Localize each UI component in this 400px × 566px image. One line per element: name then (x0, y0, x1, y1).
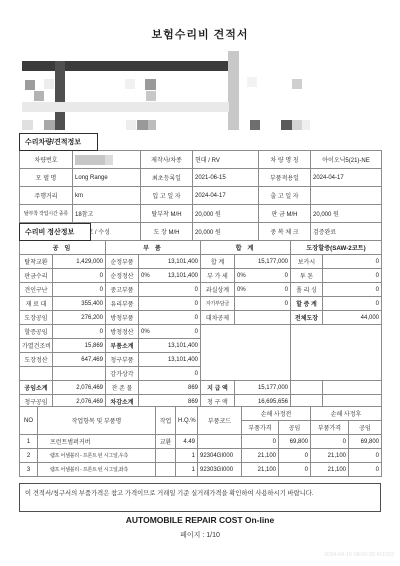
column-header: 부품가격 (242, 421, 279, 435)
redacted-block (146, 91, 156, 101)
value-cell: 20,000 원 (193, 205, 259, 223)
label-cell: 입 고 일 자 (141, 187, 193, 205)
column-header: 손해 사정전 (242, 407, 311, 421)
label-cell: 탈부착 작업시간 종류 (20, 205, 73, 223)
amount: 0 (195, 329, 198, 335)
amount-cell: 0 (139, 283, 201, 297)
amount-cell: 0%0 (235, 283, 291, 297)
amount-cell: 15,177,000 (235, 381, 291, 395)
amount-cell (323, 381, 382, 395)
hq-cell: 4.49 (176, 435, 198, 449)
column-header: 부품코드 (198, 407, 242, 435)
amount-cell: 21,100 (242, 463, 279, 477)
amount-cell: 69,800 (279, 435, 311, 449)
amount: 13,101,400 (168, 343, 198, 349)
amount-cell (235, 311, 291, 325)
table-row: 탈부착 작업시간 종류 18참고 탈부착 M/H 20,000 원 판 금 M/… (20, 205, 382, 223)
amount: 0 (285, 301, 288, 307)
amount-cell: 15,869 (53, 339, 106, 353)
part-code: 92304GI000 (198, 449, 242, 463)
amount-cell: 21,100 (242, 449, 279, 463)
row-number: 1 (20, 435, 38, 449)
label-cell: 도장정산 (20, 353, 53, 367)
amount-cell: 0%0 (139, 325, 201, 339)
redacted-block (44, 120, 55, 130)
percent: 0% (237, 273, 246, 279)
amount-cell: 869 (139, 381, 201, 395)
item-name: 램프 어셈블리 - 프론트 턴 시그널,좌측 (38, 463, 156, 477)
row-number: 2 (20, 449, 38, 463)
label-cell: 합 계 (201, 255, 235, 269)
redacted-block (137, 120, 148, 130)
value-cell: km (73, 187, 141, 205)
footer-page-number: 페이지 : 1/10 (0, 530, 400, 540)
column-header: 공임 (349, 421, 382, 435)
table-row: 견인구난 0 중고부품 0 과실상계 0%0 폴 리 싱 0 (20, 283, 382, 297)
value-cell: 2024-04-17 (311, 169, 382, 187)
redacted-block (292, 120, 302, 130)
redacted-column (55, 61, 65, 130)
table-row: 모 델 명 Long Range 최초등록일 2021-06-15 부품적용일 … (20, 169, 382, 187)
label-cell: 차 량 명 칭 (259, 151, 311, 169)
label-cell: 제작사/차종 (141, 151, 193, 169)
column-header: H.Q.% (176, 407, 198, 435)
value-cell (73, 151, 141, 169)
value-cell: 2024-04-17 (193, 187, 259, 205)
label-cell: 모 델 명 (20, 169, 73, 187)
amount: 13,101,400 (168, 273, 198, 279)
group-header: 도장할증(SAW-2코트) (291, 241, 382, 255)
settlement-section: 수리비 정산정보 공 임 부 품 합 계 도장할증(SAW-2코트) 탈착교환 … (19, 221, 382, 409)
value-cell: 아이오닉5(21)-NE (311, 151, 382, 169)
label-cell: 탈착교환 (20, 255, 53, 269)
table-row: 판금수리 0 순정정산 0%13,101,400 부 가 세 0%0 투 톤 0 (20, 269, 382, 283)
estimate-document: 보험수리비 견적서 수리차량/견적정보 차량번호 제작사/차 (0, 0, 400, 566)
amount-cell: 0 (139, 311, 201, 325)
amount-cell: 0 (323, 269, 382, 283)
label-cell: 지 급 액 (201, 381, 235, 395)
value-cell: 2021-06-15 (193, 169, 259, 187)
amount: 0 (195, 315, 198, 321)
part-code (198, 435, 242, 449)
label-cell: 출 고 일 자 (259, 187, 311, 205)
table-row: 공임소계 2,076,469 잔 존 물 869 지 급 액 15,177,00… (20, 381, 382, 395)
label-cell: 자기부담금 (201, 297, 235, 311)
amount-cell (53, 367, 106, 381)
amount-cell: 0%0 (235, 269, 291, 283)
redacted-band (22, 102, 229, 112)
table-row: 주행거리 km 입 고 일 자 2024-04-17 출 고 일 자 (20, 187, 382, 205)
amount-cell: 0 (139, 367, 201, 381)
amount-cell: 0 (242, 435, 279, 449)
table-row: 차량번호 제작사/차종 현대 / RV 차 량 명 칭 아이오닉5(21)-NE (20, 151, 382, 169)
label-cell: 견인구난 (20, 283, 53, 297)
amount-cell: 13,101,400 (139, 255, 201, 269)
label-cell (291, 381, 323, 395)
value-cell: Long Range (73, 169, 141, 187)
amount: 13,101,400 (168, 357, 198, 363)
footer-app-title: AUTOMOBILE REPAIR COST On-line (0, 515, 400, 525)
item-name: 프런트범퍼커버 (38, 435, 156, 449)
value-cell: 18참고 (73, 205, 141, 223)
label-cell: 투 톤 (291, 269, 323, 283)
redacted-block (44, 79, 54, 89)
label-cell: 방청부품 (106, 311, 139, 325)
redacted-block (281, 120, 292, 130)
group-header: 합 계 (201, 241, 291, 255)
amount-cell: 0 (323, 255, 382, 269)
redacted-block (148, 120, 156, 130)
page-title: 보험수리비 견적서 (0, 26, 400, 42)
job-cell (156, 449, 176, 463)
work-items-table: NO 작업항목 및 부품명 작업 H.Q.% 부품코드 손해 사정전 손해 사정… (19, 406, 382, 477)
amount-cell: 21,100 (311, 449, 349, 463)
label-cell: 도장공임 (20, 311, 53, 325)
table-row: 재 료 대 355,400 유리부품 0 자기부담금 0 할 증 계 0 (20, 297, 382, 311)
table-row: 2 램프 어셈블리 - 프론트 턴 시그널,우측 1 92304GI000 21… (20, 449, 382, 463)
redacted-block (34, 91, 44, 101)
label-cell: 최초등록일 (141, 169, 193, 187)
label-cell: 할 증 계 (291, 297, 323, 311)
amount-cell: 0%13,101,400 (139, 269, 201, 283)
amount-cell: 0 (323, 283, 382, 297)
label-cell: 할증공임 (20, 325, 53, 339)
amount-cell: 21,100 (311, 463, 349, 477)
table-row: 도장공임 276,200 방청부품 0 대차공제 전체도장 44,000 (20, 311, 382, 325)
label-cell: 방청정산 (106, 325, 139, 339)
settlement-section-title: 수리비 정산정보 (19, 223, 91, 241)
redacted-block (25, 80, 35, 90)
hq-cell: 1 (176, 449, 198, 463)
label-cell: 중고부품 (106, 283, 139, 297)
label-cell: 잔 존 물 (106, 381, 139, 395)
amount: 0 (285, 273, 288, 279)
amount: 0 (195, 301, 198, 307)
table-row: 할증공임 0 방청정산 0%0 (20, 325, 382, 339)
redacted-block (302, 120, 310, 130)
column-header: 작업항목 및 부품명 (38, 407, 156, 435)
amount: 869 (188, 385, 198, 391)
column-header: 작업 (156, 407, 176, 435)
empty-cell (201, 325, 291, 381)
redacted-block (250, 120, 260, 130)
label-cell: 순정부품 (106, 255, 139, 269)
table-header-row: NO 작업항목 및 부품명 작업 H.Q.% 부품코드 손해 사정전 손해 사정… (20, 407, 382, 421)
amount-cell: 69,800 (349, 435, 382, 449)
value-cell: 현대 / RV (193, 151, 259, 169)
label-cell: 전체도장 (291, 311, 323, 325)
amount-cell: 0 (53, 325, 106, 339)
label-cell: 유리부품 (106, 297, 139, 311)
amount-cell: 13,101,400 (139, 339, 201, 353)
work-items-section: NO 작업항목 및 부품명 작업 H.Q.% 부품코드 손해 사정전 손해 사정… (19, 407, 382, 477)
amount-cell: 0 (235, 297, 291, 311)
column-header: 손해 사정후 (311, 407, 382, 421)
vehicle-section-title: 수리차량/견적정보 (19, 133, 98, 151)
amount: 0 (285, 287, 288, 293)
table-row: 3 램프 어셈블리 - 프론트 턴 시그널,좌측 1 92303GI000 21… (20, 463, 382, 477)
amount-cell: 0 (279, 449, 311, 463)
amount-cell: 0 (139, 297, 201, 311)
group-header: 공 임 (20, 241, 106, 255)
table-header-row: 공 임 부 품 합 계 도장할증(SAW-2코트) (20, 241, 382, 255)
amount: 15,177,000 (258, 259, 288, 265)
label-cell: 공임소계 (20, 381, 53, 395)
amount-cell: 13,101,400 (139, 353, 201, 367)
label-cell: 부품소계 (106, 339, 139, 353)
label-cell: 탈부착 M/H (141, 205, 193, 223)
hq-cell: 1 (176, 463, 198, 477)
redacted-block (292, 79, 302, 89)
label-cell: 청구부품 (106, 353, 139, 367)
redacted-block (126, 120, 136, 130)
redacted-value (75, 155, 113, 165)
footer-timestamp: 2024-04-15 08:00:20 KI1022 (324, 552, 394, 558)
percent: 0% (141, 273, 150, 279)
row-number: 3 (20, 463, 38, 477)
column-header: NO (20, 407, 38, 435)
table-row: 1 프런트범퍼커버 교환 4.49 0 69,800 0 69,800 (20, 435, 382, 449)
amount-cell: 2,076,469 (53, 381, 106, 395)
value-cell: 20,000 원 (311, 205, 382, 223)
amount-cell: 0 (323, 297, 382, 311)
value-cell (311, 187, 382, 205)
amount-cell: 15,177,000 (235, 255, 291, 269)
label-cell: 판금수리 (20, 269, 53, 283)
job-cell (156, 463, 176, 477)
amount-cell: 0 (53, 269, 106, 283)
group-header: 부 품 (106, 241, 201, 255)
amount-cell: 0 (53, 283, 106, 297)
percent: 0% (141, 329, 150, 335)
settlement-table: 공 임 부 품 합 계 도장할증(SAW-2코트) 탈착교환 1,429,000… (19, 240, 382, 409)
amount: 869 (188, 399, 198, 405)
column-header: 공임 (279, 421, 311, 435)
empty-cell (291, 325, 382, 381)
label-cell: 대차공제 (201, 311, 235, 325)
label-cell: 판 금 M/H (259, 205, 311, 223)
column-header: 부품가격 (311, 421, 349, 435)
label-cell: 가열건조비 (20, 339, 53, 353)
label-cell: 감가상각 (106, 367, 139, 381)
redacted-strip (228, 51, 239, 130)
amount-cell: 276,200 (53, 311, 106, 325)
redacted-block (145, 79, 156, 90)
part-code: 92303GI000 (198, 463, 242, 477)
label-cell (20, 367, 53, 381)
label-cell: 보카시 (291, 255, 323, 269)
redacted-bar (22, 61, 229, 71)
item-name: 램프 어셈블리 - 프론트 턴 시그널,우측 (38, 449, 156, 463)
redacted-block (247, 77, 257, 87)
percent: 0% (237, 287, 246, 293)
amount: 0 (195, 287, 198, 293)
amount-cell: 0 (311, 435, 349, 449)
label-cell: 폴 리 싱 (291, 283, 323, 297)
amount-cell: 1,429,000 (53, 255, 106, 269)
amount-cell: 0 (279, 463, 311, 477)
label-cell: 차량번호 (20, 151, 73, 169)
job-cell: 교환 (156, 435, 176, 449)
label-cell: 과실상계 (201, 283, 235, 297)
table-row: 탈착교환 1,429,000 순정부품 13,101,400 합 계 15,17… (20, 255, 382, 269)
amount: 0 (195, 371, 198, 377)
label-cell: 부 가 세 (201, 269, 235, 283)
amount: 13,101,400 (168, 259, 198, 265)
redacted-block (125, 79, 135, 89)
label-cell: 순정정산 (106, 269, 139, 283)
amount-cell: 647,469 (53, 353, 106, 367)
amount-cell: 44,000 (323, 311, 382, 325)
amount-cell: 355,400 (53, 297, 106, 311)
label-cell: 주행거리 (20, 187, 73, 205)
amount-cell: 0 (349, 463, 382, 477)
label-cell: 재 료 대 (20, 297, 53, 311)
label-cell: 부품적용일 (259, 169, 311, 187)
redacted-block (22, 120, 33, 130)
notice-box: 이 견적서/청구서의 부품가격은 참고 가격이므로 거래일 기준 실거래가격을 … (19, 483, 381, 512)
amount-cell: 0 (349, 449, 382, 463)
